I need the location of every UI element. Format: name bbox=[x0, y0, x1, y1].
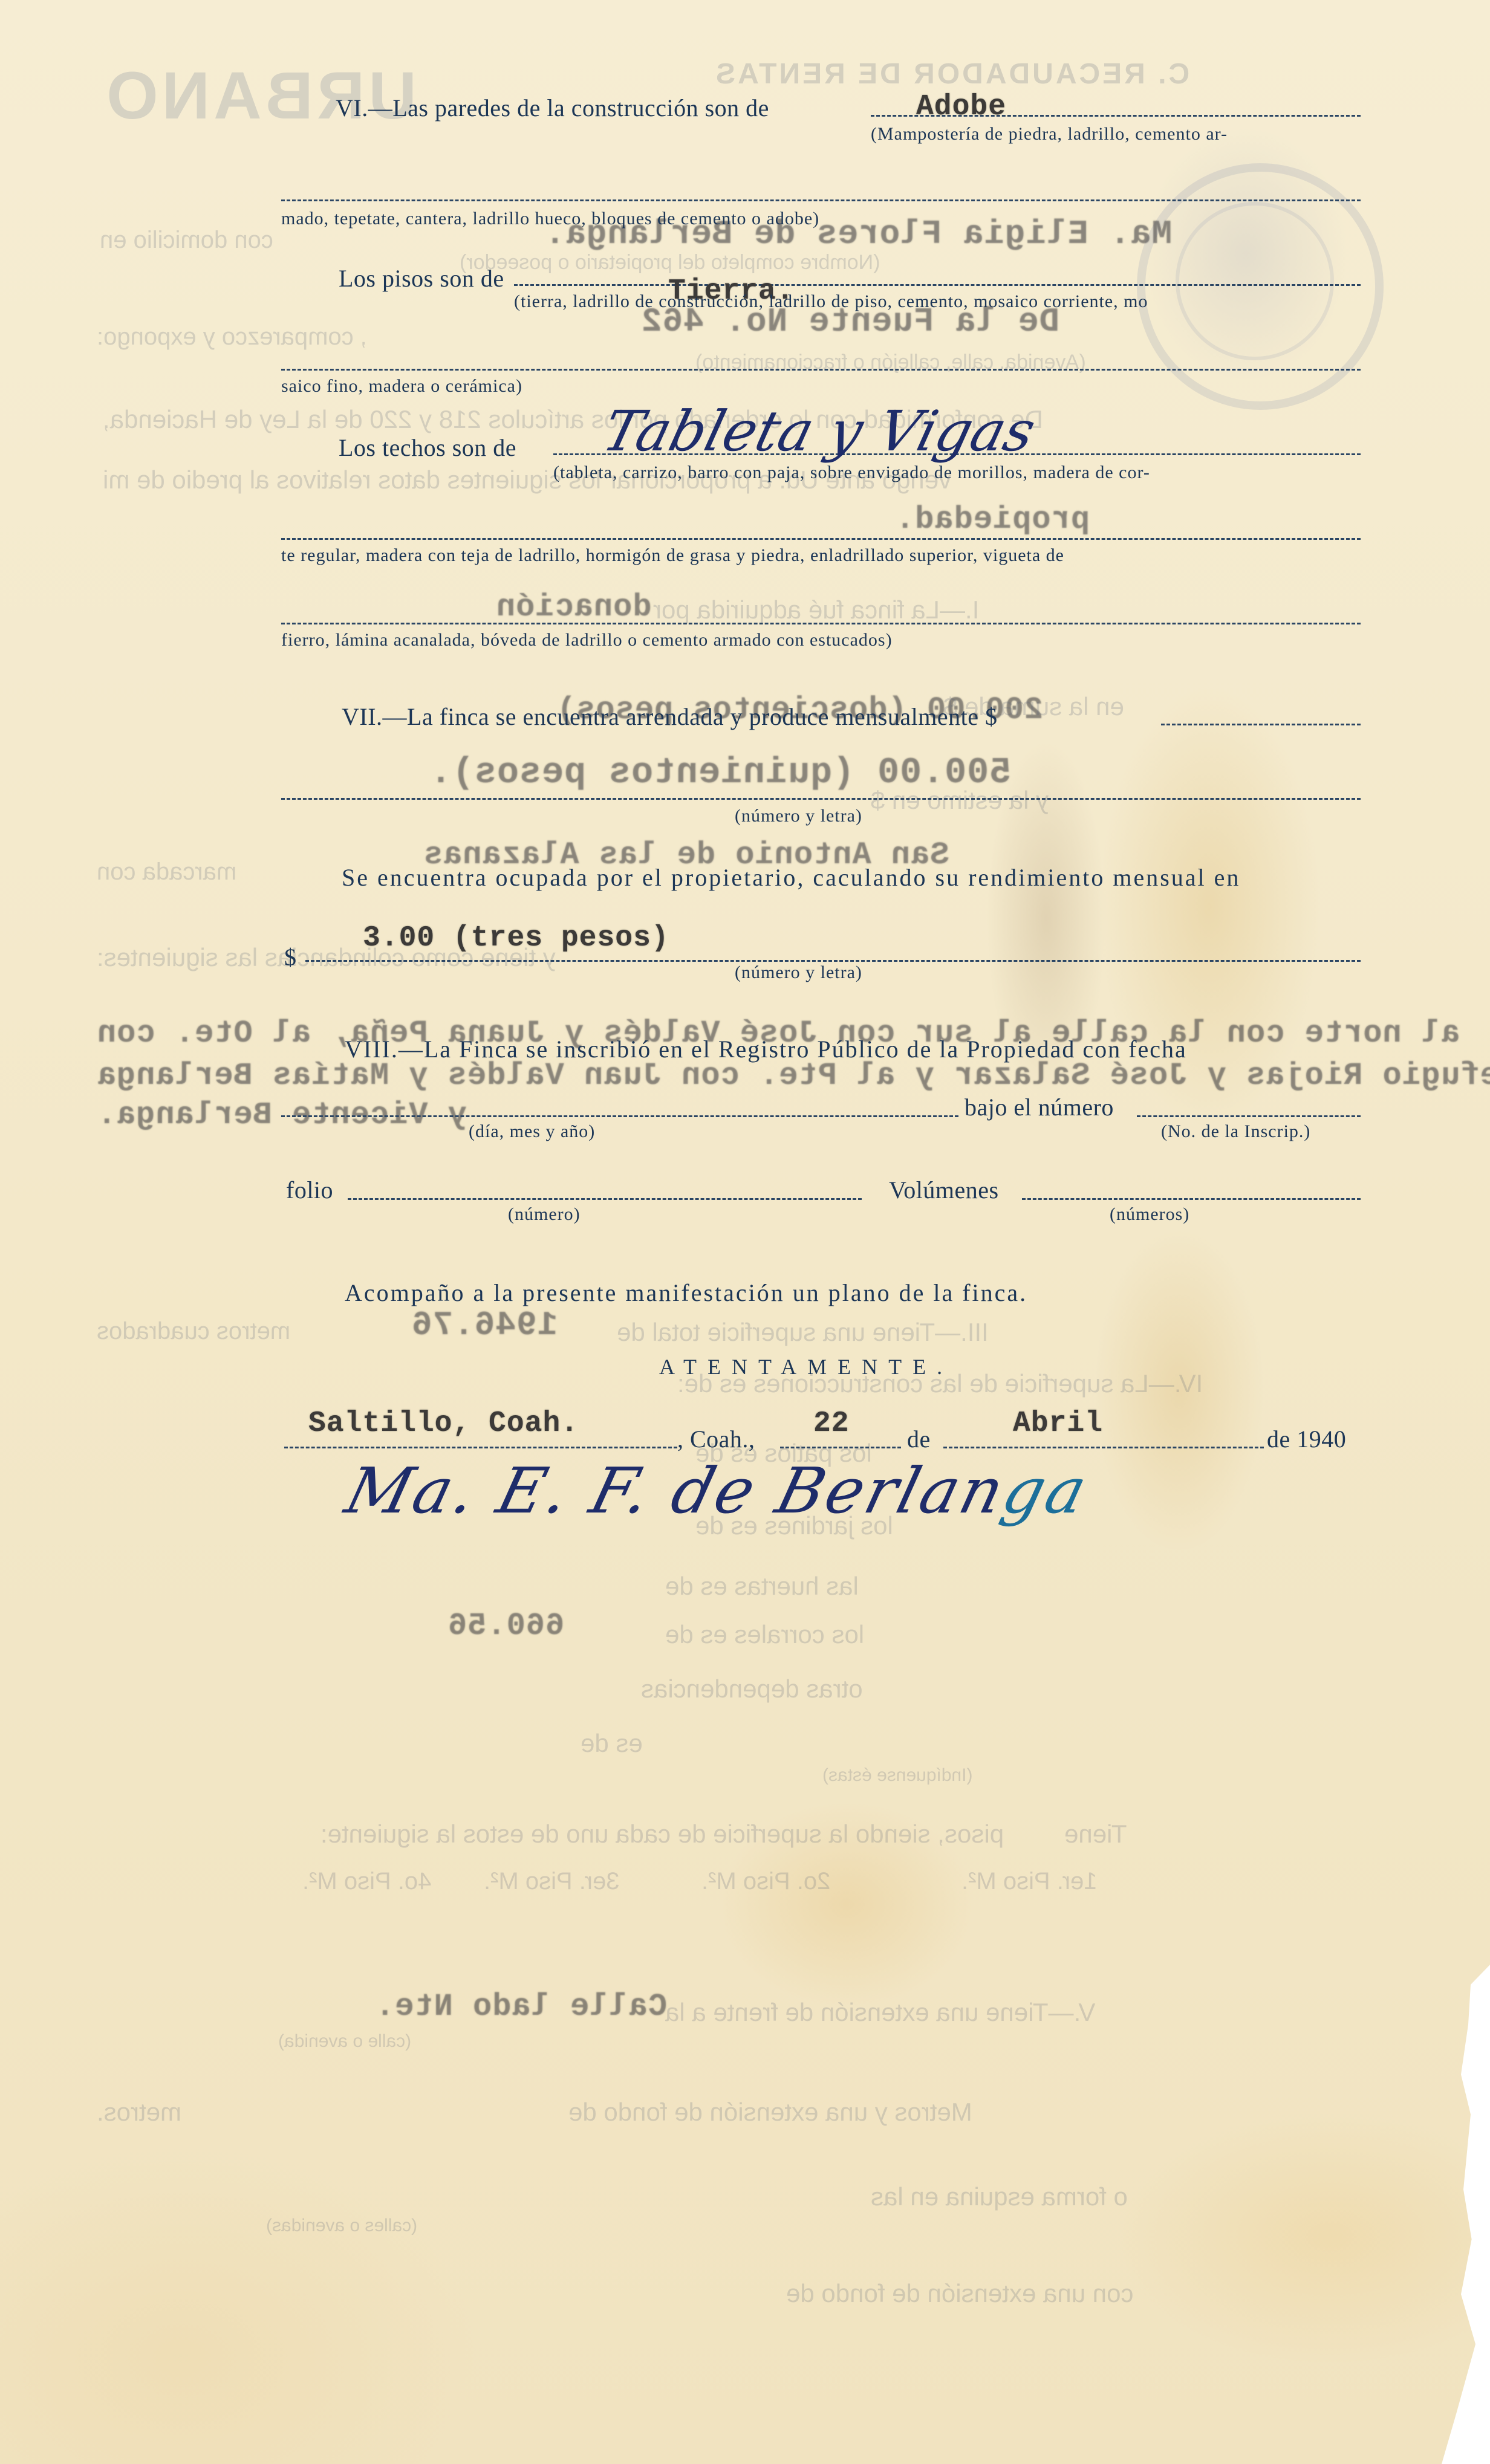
reverse-acquired-label: I.—La finca fué adquirida por bbox=[653, 595, 979, 624]
signature: Ma. E. F. de Berlanga bbox=[339, 1454, 1096, 1528]
floors-field-line-2 bbox=[281, 369, 1361, 371]
walls-value[interactable]: Adobe bbox=[916, 91, 1006, 123]
reverse-front-value: Calle lado Nte. bbox=[375, 1989, 667, 2025]
currency-symbol: $ bbox=[284, 943, 297, 971]
under-number-label: bajo el número bbox=[965, 1093, 1114, 1121]
rented-label: VII.—La finca se encuentra arrendada y p… bbox=[342, 702, 997, 731]
reverse-orchards-label: las huertas es de bbox=[665, 1572, 859, 1601]
attachment-text: Acompaño a la presente manifestación un … bbox=[345, 1279, 1027, 1307]
reverse-corrals-label: los corrales es de bbox=[665, 1620, 864, 1649]
roofs-field-line-3 bbox=[281, 623, 1361, 624]
reverse-floors-count: pisos, siendo la superficie de cada uno … bbox=[320, 1820, 1004, 1849]
reverse-floor-4: 4o. Piso M². bbox=[302, 1868, 431, 1895]
reverse-acquired-value: donación bbox=[496, 589, 652, 625]
reverse-area-unit: metros cuadrados bbox=[97, 1318, 290, 1345]
folio-hint: (número) bbox=[508, 1204, 581, 1225]
floors-hint-1: (tierra, ladrillo de construcción, ladri… bbox=[514, 291, 1148, 312]
day-value[interactable]: 22 bbox=[813, 1407, 850, 1440]
month-field-line bbox=[943, 1447, 1264, 1448]
floors-field-line bbox=[514, 284, 1361, 286]
month-de-label: de bbox=[907, 1425, 931, 1453]
reverse-floor-3: 3er. Piso M². bbox=[484, 1868, 620, 1895]
reverse-front-label: V.—Tiene una extensión de frente a la bbox=[665, 1998, 1095, 2027]
roofs-value-handwritten[interactable]: Tableta y Vigas bbox=[597, 399, 1042, 464]
occupied-hint: (número y letra) bbox=[735, 962, 862, 983]
reverse-floor-1: 1er. Piso M². bbox=[961, 1868, 1098, 1895]
walls-hint-2: mado, tepetate, cantera, ladrillo hueco,… bbox=[281, 209, 819, 229]
roofs-label: Los techos son de bbox=[339, 433, 516, 462]
rented-field-line[interactable] bbox=[1161, 724, 1361, 725]
reverse-corner-label: o forma esquina en las bbox=[871, 2182, 1128, 2211]
folio-field-line[interactable] bbox=[348, 1198, 862, 1200]
date-hint: (día, mes y año) bbox=[469, 1121, 595, 1142]
walls-hint-1: (Mampostería de piedra, ladrillo, cement… bbox=[871, 124, 1228, 144]
rented-field-line-2[interactable] bbox=[281, 798, 1361, 800]
reverse-corrals-value: 660.56 bbox=[447, 1608, 564, 1644]
walls-field-line-2 bbox=[281, 199, 1361, 201]
reverse-floors-count-label: Tiene bbox=[1064, 1820, 1127, 1849]
state-label: , Coah., bbox=[677, 1425, 755, 1453]
inscription-number-field-line[interactable] bbox=[1137, 1115, 1361, 1117]
reverse-corner-hint: (calles o avenidas) bbox=[266, 2216, 417, 2236]
registry-date-field-line[interactable] bbox=[281, 1115, 958, 1117]
reverse-depth-label: Metros y una extensión de fondo de bbox=[568, 2098, 972, 2127]
reverse-header-office: C. RECAUDADOR DE RENTAS bbox=[714, 57, 1189, 91]
floors-label: Los pisos son de bbox=[339, 264, 504, 293]
reverse-corner-depth-label: con una extensión de fondo de bbox=[786, 2279, 1133, 2308]
reverse-estimate-label: y la estimo en $ bbox=[871, 786, 1049, 815]
year-label: de 1940 bbox=[1267, 1425, 1346, 1453]
occupied-label: Se encuentra ocupada por el propietario,… bbox=[342, 863, 1240, 892]
floors-hint-2: saico fino, madera o cerámica) bbox=[281, 376, 522, 397]
reverse-area-value: 1946.76 bbox=[411, 1306, 558, 1344]
occupied-value[interactable]: 3.00 (tres pesos) bbox=[363, 922, 669, 955]
place-field-line bbox=[284, 1447, 677, 1448]
salutation: ATENTAMENTE. bbox=[659, 1354, 953, 1380]
inscription-hint: (No. de la Inscrip.) bbox=[1161, 1121, 1310, 1142]
reverse-legal-text-3: propiedad. bbox=[895, 502, 1090, 537]
registry-label: VIII.—La Finca se inscribió en el Regist… bbox=[345, 1035, 1187, 1063]
day-field-line bbox=[780, 1447, 901, 1448]
reverse-marked-label: marcada con bbox=[97, 858, 236, 886]
rented-hint: (número y letra) bbox=[735, 806, 862, 826]
volumes-hint: (números) bbox=[1110, 1204, 1189, 1225]
reverse-indicate-hint: (Indíquense éstas) bbox=[822, 1765, 972, 1786]
signature-main: Ma. E. F. de Berlan bbox=[339, 1454, 1013, 1528]
volumes-field-line[interactable] bbox=[1022, 1198, 1361, 1200]
roofs-field-line-2 bbox=[281, 538, 1361, 540]
place-value[interactable]: Saltillo, Coah. bbox=[308, 1407, 579, 1440]
reverse-address-hint: (Avenida, calle, callejón o fraccionamie… bbox=[695, 351, 1086, 374]
reverse-es-de-label: es de bbox=[581, 1729, 643, 1758]
roofs-hint-1: (tableta, carrizo, barro con paja, sobre… bbox=[553, 462, 1150, 483]
walls-label: VI.—Las paredes de la construcción son d… bbox=[336, 94, 769, 122]
month-value[interactable]: Abril bbox=[1013, 1407, 1103, 1440]
folio-label: folio bbox=[286, 1176, 333, 1204]
occupied-field-line bbox=[305, 960, 1361, 962]
roofs-hint-3: fierro, lámina acanalada, bóveda de ladr… bbox=[281, 630, 893, 650]
reverse-front-hint: (calle o avenida) bbox=[278, 2031, 411, 2052]
reverse-owner-hint: (Nombre completo del propietario o posee… bbox=[460, 251, 880, 274]
roofs-hint-2: te regular, madera con teja de ladrillo,… bbox=[281, 545, 1064, 566]
reverse-domicile-label: con domicilio en bbox=[100, 227, 273, 254]
reverse-meters-label: metros. bbox=[97, 2098, 181, 2127]
reverse-area-label: III.—Tiene una superficie total de bbox=[617, 1318, 989, 1347]
reverse-floor-2: 2o. Piso M². bbox=[701, 1868, 830, 1895]
volumes-label: Volúmenes bbox=[889, 1176, 999, 1204]
reverse-others-label: otras dependencias bbox=[641, 1675, 863, 1704]
reverse-appear-label: , comparezco y expongo: bbox=[97, 323, 367, 351]
